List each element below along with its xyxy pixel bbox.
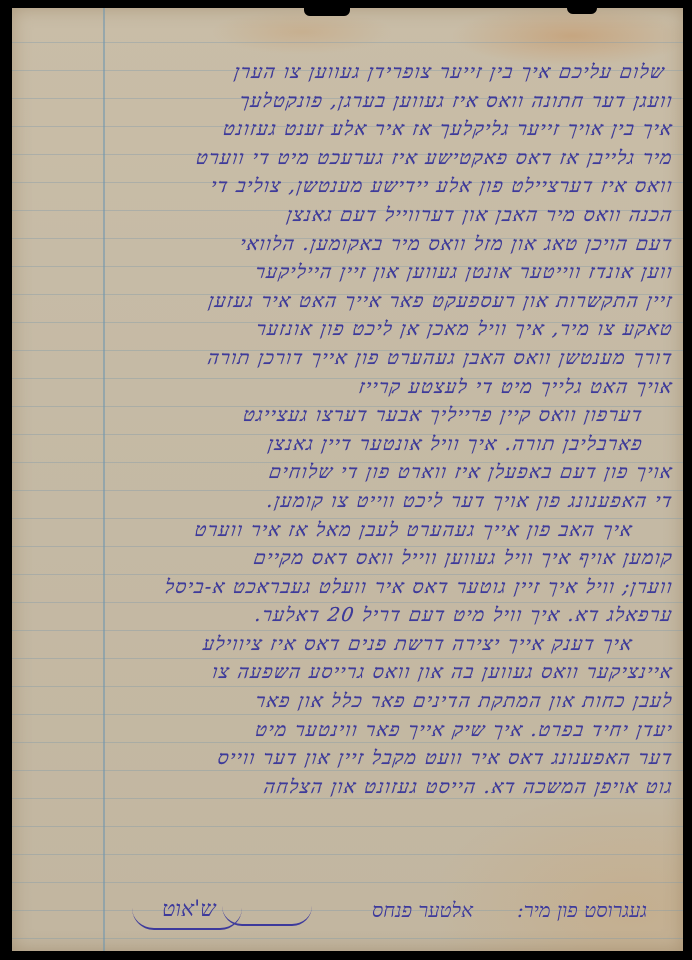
letter-paper: שלום עליכם איך בין זייער צופרידן געווען …: [12, 8, 683, 951]
letter-line: איך בין אויך זייער גליקלעך אז איר אלע זע…: [30, 115, 675, 144]
letter-line: מיר גלייבן אז דאס פאקטישע איז גערעכט מיט…: [30, 144, 675, 173]
letter-line: אויך האט גלייך מיט די לעצטע קרייז: [30, 373, 675, 402]
letter-line: די האפענונג פון אויך דער ליכט ווייט צו ק…: [30, 487, 675, 516]
signature: אלטער פנחס: [372, 898, 473, 923]
letter-line: לעבן כחות און המתקת הדינים פאר כלל און פ…: [30, 687, 675, 716]
letter-line: וועגן דער חתונה וואס איז געווען בערגן, פ…: [30, 87, 675, 116]
letter-line: קומען אויף איך וויל געווען ווייל וואס דא…: [30, 544, 675, 573]
letter-line: ווען אונדז ווייטער אונטן געווען און זיין…: [30, 258, 675, 287]
letter-line: איך דענק אייך יצירה דרשת פנים דאס איז צי…: [30, 630, 675, 659]
letter-line: הכנה וואס מיר האבן און דערווייל דעם גאנצ…: [30, 201, 675, 230]
letter-line: דעם הויכן טאג און מזל וואס מיר באקומען. …: [30, 230, 675, 259]
letter-line: ערפאלג דא. איך וויל מיט דעם דריל 20 דאלע…: [30, 601, 675, 630]
closing-text: געגרוסט פון מיר:: [517, 898, 647, 923]
letter-line: דער האפענונג דאס איר וועט מקבל זיין און …: [30, 744, 675, 773]
letter-line: ווערן; וויל איך זיין גוטער דאס איר וועלט…: [30, 573, 675, 602]
letter-line: זיין התקשרות און רעספעקט פאר אייך האט אי…: [30, 287, 675, 316]
letter-line: איינציקער וואס געווען בה און וואס גרייסע…: [30, 658, 675, 687]
signature-underline: [222, 906, 312, 926]
letter-body: שלום עליכם איך בין זייער צופרידן געווען …: [32, 58, 673, 801]
letter-line: וואס איז דערציילט פון אלע יידישע מענטשן,…: [30, 172, 675, 201]
letter-line: איך האב פון אייך געהערט לעבן מאל אז איר …: [30, 516, 675, 545]
letter-line: דורך מענטשן וואס האבן געהערט פון אייך דו…: [30, 344, 675, 373]
letter-line: טאקע צו מיר, איך וויל מאכן אן ליכט פון א…: [30, 315, 675, 344]
letter-line: גוט אויפן המשכה דא. הייסט געזונט און הצל…: [30, 773, 675, 802]
letter-line: אויך פון דעם באפעלן איז ווארט פון די שלו…: [30, 458, 675, 487]
letter-line: שלום עליכם איך בין זייער צופרידן געווען …: [30, 58, 675, 87]
letter-line: דערפון וואס קיין פרייליך אבער דערצו געצי…: [30, 401, 675, 430]
letter-line: פארבליבן תורה. איך וויל אונטער דיין גאנצ…: [30, 430, 675, 459]
letter-line: יעדן יחיד בפרט. איך שיק אייך פאר ווינטער…: [30, 716, 675, 745]
